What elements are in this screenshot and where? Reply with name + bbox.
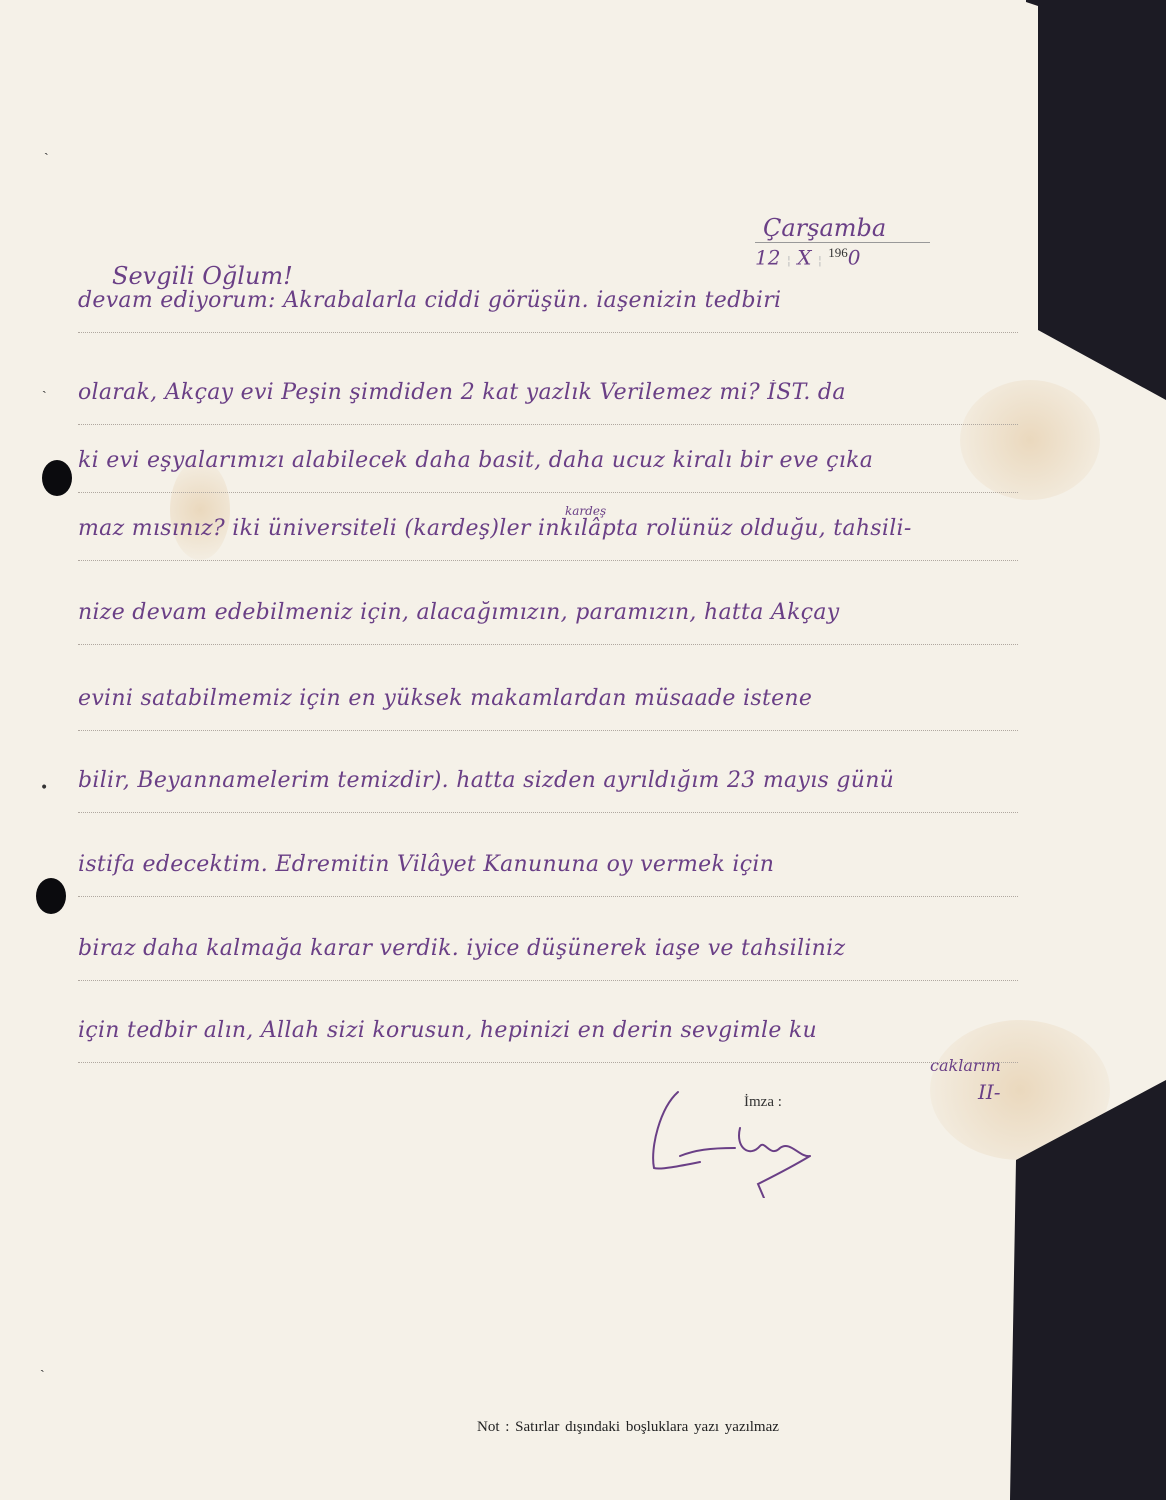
salutation: Sevgili Oğlum! [112, 262, 293, 290]
margin-mark: • [40, 780, 48, 796]
letter-line-2: olarak, Akçay evi Peşin şimdiden 2 kat y… [78, 380, 1018, 425]
letter-line-6: evini satabilmemiz için en yüksek makaml… [78, 686, 1018, 731]
date-year-handwritten: 0 [848, 246, 861, 270]
date-year-printed: 196 [828, 245, 848, 260]
signature [640, 1088, 840, 1198]
closing-continuation: caklarım [930, 1056, 1001, 1075]
date-block: Çarşamba 12 ¦ X ¦ 1960 [755, 214, 930, 270]
letter-line-8: istifa edecektim. Edremitin Vilâyet Kanu… [78, 852, 1018, 897]
date-month: X [797, 246, 811, 270]
footer-note: Not : Satırlar dışındaki boşluklara yazı… [477, 1419, 779, 1436]
date-separator: ¦ [787, 254, 791, 268]
margin-mark: ˎ [40, 1357, 45, 1374]
letter-line-4: maz mısınız? iki üniversiteli (kardeş)le… [78, 516, 1018, 561]
margin-mark: ˎ [44, 140, 49, 157]
letter-line-1: devam ediyorum: Akrabalarla ciddi görüşü… [78, 288, 1018, 333]
date-separator: ¦ [818, 254, 822, 268]
date-day-name: Çarşamba [763, 214, 930, 242]
letter-line-7: bilir, Beyannamelerim temizdir). hatta s… [78, 768, 1018, 813]
date-line: 12 ¦ X ¦ 1960 [755, 245, 930, 270]
letter-line-3: ki evi eşyalarımızı alabilecek daha basi… [78, 448, 1018, 493]
margin-mark: ˎ [42, 378, 47, 395]
date-day: 12 [755, 246, 780, 270]
letter-line-10: için tedbir alın, Allah sizi korusun, he… [78, 1018, 1018, 1063]
closing-mark: II- [978, 1080, 1001, 1104]
punch-hole-top [42, 460, 72, 496]
date-rule [755, 242, 930, 243]
letter-line-5: nize devam edebilmeniz için, alacağımızı… [78, 600, 1018, 645]
letter-paper: ˎ ˎ • ˎ Çarşamba 12 ¦ X ¦ 1960 Sevgili O… [0, 0, 1166, 1500]
punch-hole-bottom [36, 878, 66, 914]
letter-line-9: biraz daha kalmağa karar verdik. iyice d… [78, 936, 1018, 981]
